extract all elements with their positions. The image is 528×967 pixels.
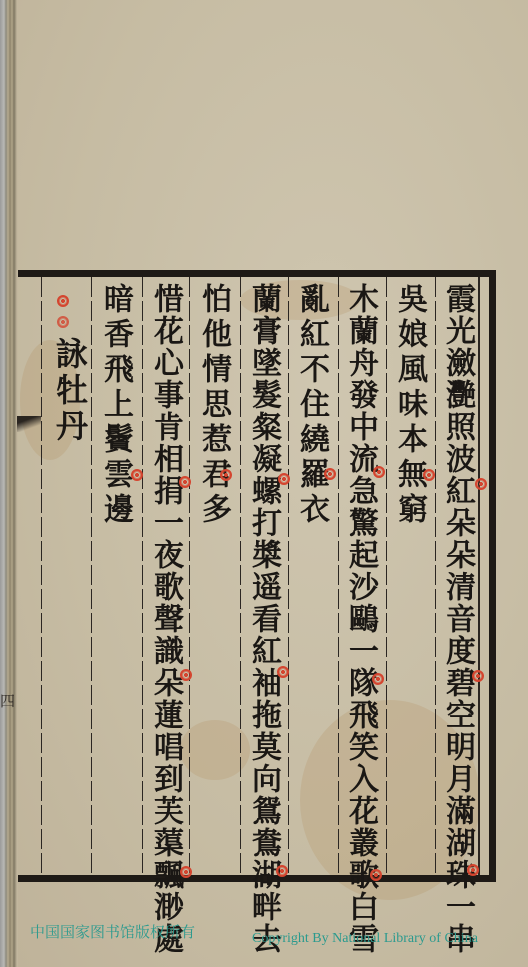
punctuation-circle-mark [370,869,382,881]
text-column-1: 霞光瀲灧照波紅朵朵清音度碧空明月滿湖珠一串 [438,283,476,955]
column-divider [142,277,143,875]
text-column-4: 亂紅不住繞羅衣 [292,283,330,528]
text-column-2: 吳娘風味本無窮 [390,283,428,528]
punctuation-circle-mark [472,670,484,682]
punctuation-circle-mark [372,673,384,685]
punctuation-circle-mark [467,864,479,876]
column-divider [240,277,241,875]
punctuation-circle-mark [179,476,191,488]
column-divider [338,277,339,875]
punctuation-circle-mark [180,669,192,681]
poem-title: 詠牡丹 [47,337,93,445]
column-divider [386,277,387,875]
punctuation-circle-mark [423,469,435,481]
page-number-mark: 四 [0,690,15,711]
punctuation-circle-mark [220,469,232,481]
column-divider [435,277,436,875]
column-divider [288,277,289,875]
punctuation-circle-mark [277,666,289,678]
punctuation-circle-mark [57,316,69,328]
column-divider [41,277,42,875]
punctuation-circle-mark [276,865,288,877]
punctuation-circle-mark [278,473,290,485]
column-divider [189,277,190,875]
punctuation-circle-mark [180,866,192,878]
text-column-6: 怕他情思惹君多 [194,283,232,528]
watermark-english: Copyright By National Library of China [252,931,478,947]
punctuation-circle-mark [57,295,69,307]
text-column-3: 木蘭舟發中流急驚起沙鷗一隊飛笑入花叢歌白雪 [341,283,379,955]
punctuation-circle-mark [373,466,385,478]
book-page-edges [0,0,18,967]
punctuation-circle-mark [475,478,487,490]
text-column-7: 惜花心事肯相捐一夜歌聲識朵蓮唱到芙蕖飄渺處 [146,283,184,955]
text-column-5: 蘭膏墜髮粲凝螺打槳遥看紅袖拖莫向鴛鴦湖畔去 [244,283,282,955]
punctuation-circle-mark [324,468,336,480]
fishtail-mark [17,416,41,432]
watermark-chinese: 中国国家图书馆版权所有 [30,921,195,942]
punctuation-circle-mark [131,469,143,481]
frame-inner-rule [478,277,480,875]
text-column-8: 暗香飛上鬢雲邊 [96,283,134,528]
